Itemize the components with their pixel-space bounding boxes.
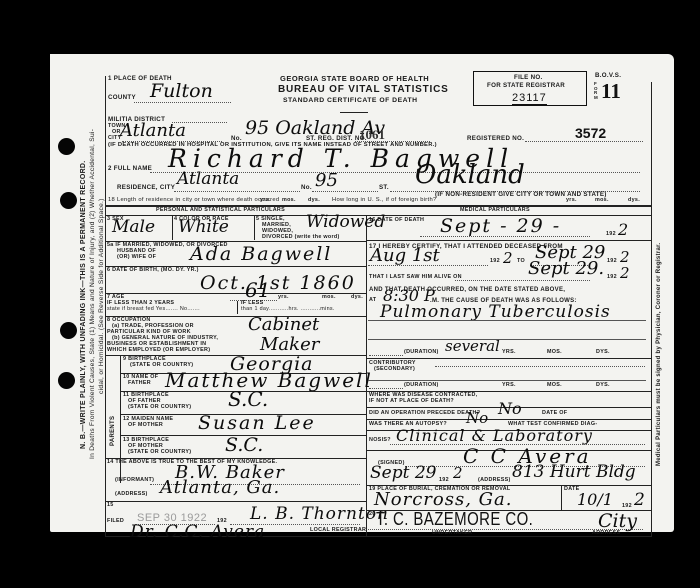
attended-from-line bbox=[368, 265, 488, 266]
physician-address-value: 813 Hurt Bldg bbox=[512, 464, 636, 481]
burial-year-value: 2 bbox=[634, 492, 645, 509]
row-rule bbox=[366, 419, 651, 420]
duration2-label: (DURATION) bbox=[404, 383, 439, 388]
registered-number: 3572 bbox=[575, 125, 606, 141]
burial-year-prefix: 192 bbox=[622, 504, 632, 509]
undertaker-value: T. C. BAZEMORE CO. bbox=[376, 509, 533, 530]
race-value: White bbox=[178, 219, 229, 236]
us-mos-label: mos. bbox=[595, 198, 609, 203]
to-year-prefix: 192 bbox=[607, 259, 617, 264]
state-registrar-label: FOR STATE REGISTRAR bbox=[487, 83, 565, 89]
form-right-border bbox=[651, 82, 652, 537]
father-name-value: Matthew Bagwell bbox=[165, 370, 373, 390]
undertaker-address-label: ADDRESS bbox=[592, 531, 620, 536]
duration-label: (DURATION) bbox=[404, 350, 439, 355]
last-saw-value: Sept 29. bbox=[528, 260, 604, 278]
punch-hole bbox=[58, 372, 75, 389]
where-contracted-label: IF NOT AT PLACE OF DEATH? bbox=[369, 399, 454, 404]
margin-note-permanent-record: N. B.—WRITE PLAINLY, WITH UNFADING INK—T… bbox=[80, 160, 87, 449]
spouse-value: Ada Bagwell bbox=[190, 245, 332, 264]
cause-line bbox=[368, 320, 646, 321]
registered-no-line bbox=[525, 141, 643, 142]
last-saw-year-value: 2 bbox=[620, 266, 630, 281]
breast-fed-label: state if breast fed Yes....... No....... bbox=[107, 307, 200, 312]
foreign-birth-label: How long in U. S., if of foreign birth? bbox=[332, 198, 437, 204]
duration-line bbox=[369, 355, 403, 356]
age-yrs-label: yrs. bbox=[278, 295, 289, 300]
occupation-trade-value: Cabinet bbox=[248, 316, 319, 334]
duration-value: several bbox=[445, 339, 500, 354]
last-saw-year-prefix: 192 bbox=[607, 275, 617, 280]
undertaker-address-value: City bbox=[598, 512, 637, 531]
cell-divider bbox=[237, 301, 238, 314]
file-number: 23117 bbox=[512, 92, 547, 105]
dod-year-value: 2 bbox=[618, 222, 628, 238]
to-label: TO bbox=[517, 259, 525, 264]
cause-of-death-value: Pulmonary Tuberculosis bbox=[380, 304, 611, 321]
operation-value: No bbox=[498, 401, 522, 417]
margin-note-medical-signature: Medical Particulars must be signed by Ph… bbox=[656, 243, 662, 466]
duration2-dys-label: DYS. bbox=[596, 383, 610, 388]
duration-mos-label: MOS. bbox=[547, 350, 562, 355]
medical-section-title: MEDICAL PARTICULARS bbox=[460, 208, 530, 213]
certificate-title: STANDARD CERTIFICATE OF DEATH bbox=[283, 98, 418, 105]
contributory-label: (SECONDARY) bbox=[374, 367, 415, 372]
dob-value: Oct. 1st 1860 bbox=[200, 274, 356, 293]
last-saw-line bbox=[455, 280, 590, 281]
county-value: Fulton bbox=[150, 82, 213, 101]
physician-address-label: (ADDRESS) bbox=[478, 478, 511, 483]
to-year-value: 2 bbox=[620, 250, 630, 265]
row-rule bbox=[105, 501, 366, 502]
burial-place-value: Norcross, Ga. bbox=[374, 491, 512, 509]
duration2-yrs-label: YRS. bbox=[502, 383, 516, 388]
death-certificate: N. B.—WRITE PLAINLY, WITH UNFADING INK—T… bbox=[50, 54, 674, 532]
age-mos-label: mos. bbox=[322, 295, 336, 300]
punch-hole bbox=[60, 322, 77, 339]
duration-yrs-label: YRS. bbox=[502, 350, 516, 355]
age-dys-label: dys. bbox=[351, 295, 363, 300]
from-year-prefix: 192 bbox=[490, 259, 500, 264]
dod-year-prefix: 192 bbox=[606, 232, 616, 237]
length-of-residence-label: 18 Length of residence in city or town w… bbox=[108, 198, 279, 204]
duration2-line bbox=[369, 388, 403, 389]
marital-label: DIVORCED (write the word) bbox=[262, 235, 340, 240]
filed-number-label: 15 bbox=[107, 503, 114, 508]
filed-label: FILED bbox=[107, 519, 124, 524]
operation-label: DID AN OPERATION PRECEDE DEATH? bbox=[369, 411, 480, 416]
mother-birthplace-label: (STATE OR COUNTRY) bbox=[128, 450, 191, 455]
operation-date-label: DATE OF bbox=[542, 411, 567, 416]
length-yrs-label: yrs. bbox=[260, 198, 271, 203]
undertaker-label: UNDERTAKER bbox=[432, 531, 472, 536]
residence-city-value: Atlanta bbox=[177, 171, 239, 188]
length-dys-label: dys. bbox=[308, 198, 320, 203]
cell-divider bbox=[172, 215, 173, 240]
autopsy-value: No bbox=[466, 411, 488, 426]
occupation-industry-value: Maker bbox=[260, 336, 319, 354]
father-name-label: FATHER bbox=[128, 381, 151, 386]
burial-date-value: 10/1 bbox=[577, 492, 613, 508]
form-left-border bbox=[105, 76, 106, 537]
date-of-death-label: 16 DATE OF DEATH bbox=[369, 218, 424, 223]
informant-label: (INFORMANT) bbox=[115, 478, 154, 483]
residence-st-label: ST. bbox=[379, 185, 389, 191]
title-rule bbox=[340, 112, 368, 113]
residence-no-label: No. bbox=[301, 185, 312, 191]
file-number-box: FILE NO. FOR STATE REGISTRAR 23117 bbox=[473, 71, 587, 106]
signed-year-prefix: 192 bbox=[439, 478, 449, 483]
father-birthplace-value: S.C. bbox=[228, 389, 268, 409]
diagnosis-label: NOSIS? bbox=[369, 438, 391, 443]
last-saw-label: THAT I LAST SAW HIM ALIVE ON bbox=[369, 275, 462, 280]
duration-dys-label: DYS. bbox=[596, 350, 610, 355]
row-rule bbox=[366, 358, 651, 359]
informant-address-value: Atlanta, Ga. bbox=[160, 479, 280, 497]
mother-name-label: OF MOTHER bbox=[128, 423, 163, 428]
physician-note: Dr. C.C. Avera bbox=[130, 524, 265, 541]
residence-no-value: 95 bbox=[315, 172, 338, 190]
residence-city-label: RESIDENCE, CITY bbox=[117, 185, 175, 191]
residence-no-line bbox=[312, 191, 378, 192]
attended-from-value: Aug 1st bbox=[370, 247, 440, 265]
parents-label: PARENTS bbox=[110, 416, 116, 446]
form-number: 11 bbox=[601, 79, 621, 104]
city-value: Atlanta bbox=[120, 122, 186, 140]
residence-street-value: Oakland bbox=[415, 162, 525, 188]
margin-note-violent-causes: In Deaths From Violent Causes, State (1)… bbox=[90, 129, 97, 459]
signed-year-value: 2 bbox=[453, 466, 463, 481]
undertaker-number-label: 20 bbox=[369, 512, 376, 517]
mother-name-value: Susan Lee bbox=[198, 414, 316, 433]
full-name-label: 2 FULL NAME bbox=[108, 166, 152, 172]
us-yrs-label: yrs. bbox=[566, 198, 577, 203]
date-of-death-value: Sept - 29 - bbox=[440, 217, 561, 236]
form-label: FORM bbox=[594, 82, 598, 101]
bureau-title: BUREAU OF VITAL STATISTICS bbox=[278, 85, 449, 95]
occupation-label: WHICH EMPLOYED (OR EMPLOYER) bbox=[107, 348, 210, 353]
nonresident-note: (IF NON-RESIDENT GIVE CITY OR TOWN AND S… bbox=[435, 192, 607, 198]
father-birthplace-label: (STATE OR COUNTRY) bbox=[128, 405, 191, 410]
diagnosis-value: Clinical & Laboratory bbox=[396, 428, 593, 444]
residence-city-line bbox=[174, 191, 300, 192]
cause-line bbox=[368, 339, 646, 340]
cell-divider bbox=[254, 215, 255, 240]
registered-no-label: REGISTERED NO. bbox=[467, 136, 524, 142]
punch-hole bbox=[60, 192, 77, 209]
contributory-line bbox=[435, 366, 645, 367]
county-label: COUNTY bbox=[108, 95, 136, 101]
file-no-label: FILE NO. bbox=[514, 75, 543, 81]
county-line bbox=[134, 102, 231, 103]
hours-mins-label: than 1 day...........hrs. ...........min… bbox=[241, 307, 335, 312]
local-registrar-label: LOCAL REGISTRAR bbox=[310, 528, 366, 533]
sex-value: Male bbox=[112, 219, 155, 236]
length-mos-label: mos. bbox=[282, 198, 296, 203]
at-label: AT bbox=[369, 298, 376, 303]
informant-address-label: (ADDRESS) bbox=[115, 492, 148, 497]
duration2-mos-label: MOS. bbox=[547, 383, 562, 388]
from-year-value: 2 bbox=[503, 251, 513, 266]
signed-date-value: Sept 29 bbox=[370, 465, 436, 482]
cell-divider bbox=[561, 485, 562, 510]
spouse-label: (OR) WIFE OF bbox=[117, 255, 156, 260]
personal-section-title: PERSONAL AND STATISTICAL PARTICULARS bbox=[156, 208, 285, 213]
mother-birthplace-value: S.C. bbox=[225, 436, 263, 455]
us-dys-label: dys. bbox=[628, 198, 640, 203]
board-title: GEORGIA STATE BOARD OF HEALTH bbox=[280, 75, 429, 83]
age-value: 61 bbox=[245, 280, 270, 300]
contributory-line-2 bbox=[368, 380, 646, 381]
dob-label: 6 DATE OF BIRTH, (MO. DY. YR.) bbox=[107, 268, 199, 273]
punch-hole bbox=[58, 138, 75, 155]
date-of-death-line bbox=[420, 236, 590, 237]
row-rule bbox=[366, 240, 651, 241]
